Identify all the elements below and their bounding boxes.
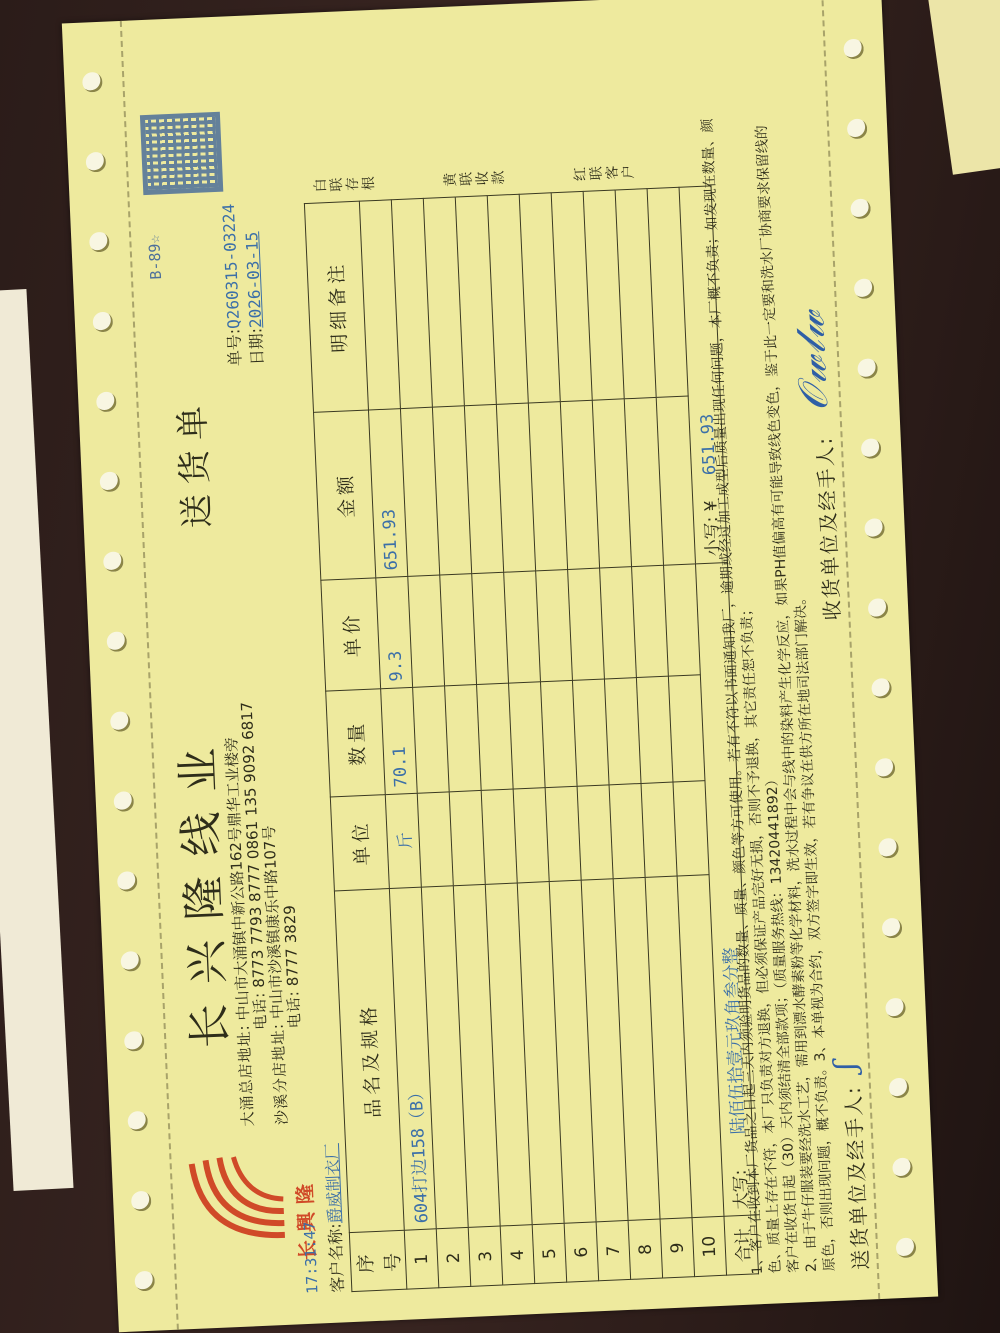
company-logo-icon	[181, 1145, 296, 1260]
receiver-label: 收货单位及经手人:	[809, 435, 846, 621]
qr-code-icon	[140, 112, 223, 195]
copy-labels: 白联存根 黄联收款 红联客户	[311, 133, 314, 193]
sender-signature: ʃ	[828, 1059, 863, 1071]
receiver-signature: 𝒪𝓌𝓁𝓌	[787, 308, 837, 412]
order-date: 日期:2026-03-15	[239, 231, 268, 366]
print-time: 17:31:47	[300, 1221, 321, 1294]
items-table: 序号 品名及规格 单位 数量 单价 金额 明细备注 1 604打边158（B） …	[304, 185, 759, 1292]
delivery-note: 长興隆 长兴隆线业 送货单 大涌总店地址:中山市大涌镇中新公路162号鼎华工业楼…	[62, 0, 938, 1332]
branch-phone: 电话:8777 3829	[282, 905, 304, 1029]
document-type: 送货单	[164, 395, 219, 529]
code-mark: B-89☆	[145, 234, 165, 280]
customer-name: 客户名称:爵威制衣厂	[319, 1143, 348, 1293]
sender-label: 送货单位及经手人:	[841, 1085, 873, 1271]
